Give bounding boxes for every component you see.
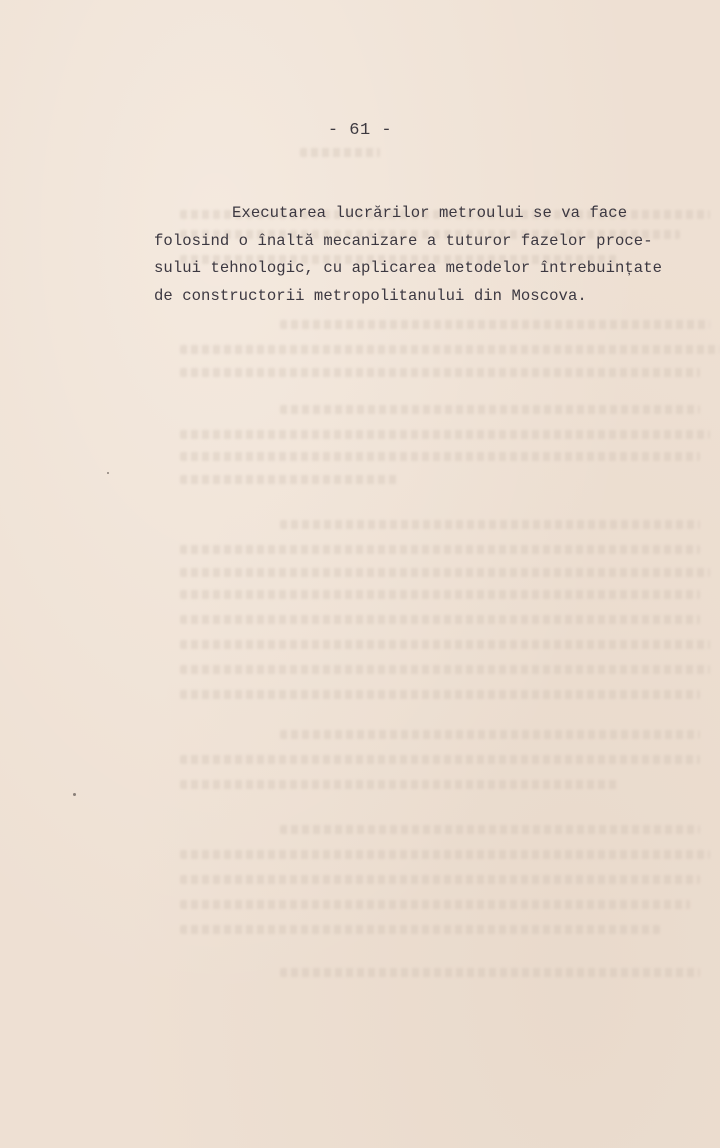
page-number: - 61 - <box>0 121 720 140</box>
show-through-line <box>280 320 710 329</box>
show-through-line <box>280 520 700 529</box>
show-through-line <box>180 452 700 461</box>
show-through-line <box>280 968 700 977</box>
show-through-line <box>180 900 690 909</box>
paper-speck <box>107 472 109 474</box>
show-through-line <box>300 148 380 157</box>
paragraph-line: folosind o înaltă mecanizare a tuturor f… <box>154 228 714 256</box>
show-through-line <box>180 590 700 599</box>
show-through-line <box>180 475 400 484</box>
show-through-line <box>180 875 700 884</box>
show-through-line <box>280 730 700 739</box>
show-through-line <box>180 545 700 554</box>
show-through-line <box>180 640 710 649</box>
show-through-line <box>180 568 710 577</box>
show-through-line <box>180 665 710 674</box>
paper-speck <box>73 793 76 796</box>
body-paragraph: Executarea lucrărilor metroului se va fa… <box>154 200 714 310</box>
show-through-line <box>180 755 700 764</box>
show-through-line <box>280 825 700 834</box>
show-through-line <box>180 850 710 859</box>
show-through-line <box>180 690 700 699</box>
paragraph-line: de constructorii metropolitanului din Mo… <box>154 283 714 311</box>
show-through-line <box>180 925 660 934</box>
show-through-line <box>180 780 620 789</box>
show-through-line <box>180 345 720 354</box>
show-through-line <box>180 430 710 439</box>
paragraph-line: Executarea lucrărilor metroului se va fa… <box>154 200 714 228</box>
show-through-line <box>280 405 700 414</box>
show-through-line <box>180 368 700 377</box>
paragraph-line: sului tehnologic, cu aplicarea metodelor… <box>154 255 714 283</box>
show-through-line <box>180 615 700 624</box>
